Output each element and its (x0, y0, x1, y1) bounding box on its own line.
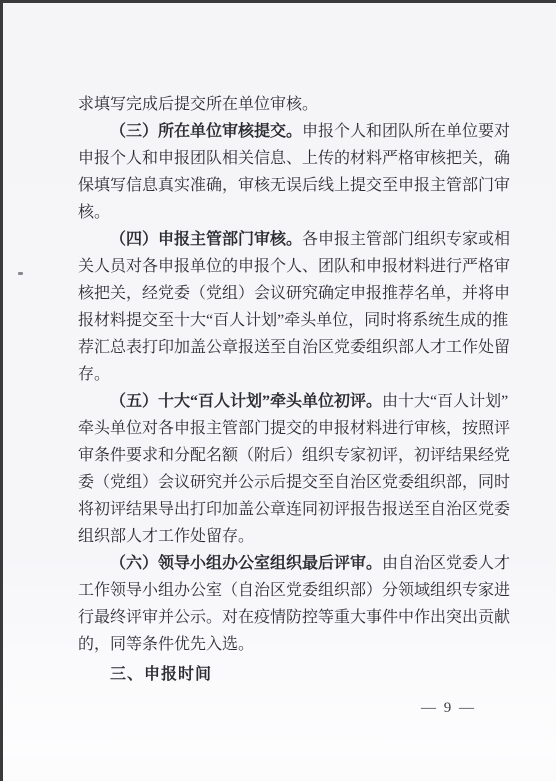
text-line: 行最终评审并公示。对在疫情防控等重大事件中作出突出贡献 (78, 604, 523, 631)
text-run: 求填写完成后提交所在单位审核。 (78, 96, 318, 113)
text-line: （三）所在单位审核提交。申报个人和团队所在单位要对 (78, 118, 523, 145)
text-line: 牵头单位对各申报主管部门提交的申报材料进行审核，按照评 (78, 415, 523, 442)
text-line: （六）领导小组办公室组织最后评审。由自治区党委人才 (78, 550, 523, 577)
text-run: 将初评结果导出打印加盖公章连同初评报告报送至自治区党委 (78, 501, 510, 518)
text-run: 关人员对各申报单位的申报个人、团队和申报材料进行严格审 (78, 258, 510, 275)
text-run: 由自治区党委人才 (382, 555, 510, 572)
bold-run: 三、申报时间 (110, 666, 212, 683)
text-run: 保填写信息真实准确，审核无误后线上提交至申报主管部门审 (78, 177, 510, 194)
text-run: 申报个人和申报团队相关信息、上传的材料严格审核把关，确 (78, 150, 510, 167)
text-line: 组织部人才工作处留存。 (78, 523, 523, 550)
text-run: 工作领导小组办公室（自治区党委组织部）分领域组织专家进 (78, 582, 510, 599)
text-line: 荐汇总表打印加盖公章报送至自治区党委组织部人才工作处留 (78, 334, 523, 361)
bold-run: （五）十大“百人计划”牵头单位初评。 (110, 393, 382, 410)
text-run: 的，同等条件优先入选。 (78, 636, 254, 653)
text-run: 牵头单位对各申报主管部门提交的申报材料进行审核，按照评 (78, 420, 510, 437)
text-run: 审条件要求和分配名额（附后）组织专家初评，初评结果经党 (78, 447, 510, 464)
text-run: 存。 (78, 366, 110, 383)
page-number: — 9 — (421, 699, 476, 717)
text-line: 审条件要求和分配名额（附后）组织专家初评，初评结果经党 (78, 442, 523, 469)
text-run: 委（党组）会议研究并公示后提交至自治区党委组织部，同时 (78, 474, 510, 491)
text-run: 由十大“百人计划” (382, 393, 508, 410)
text-run: 组织部人才工作处留存。 (78, 528, 254, 545)
text-line: 保填写信息真实准确，审核无误后线上提交至申报主管部门审 (78, 172, 523, 199)
bold-run: （三）所在单位审核提交。 (110, 123, 302, 140)
text-run: 申报个人和团队所在单位要对 (302, 123, 510, 140)
text-run: 核。 (78, 204, 110, 221)
text-line: （四）申报主管部门审核。各申报主管部门组织专家或相 (78, 226, 523, 253)
text-line: 报材料提交至十大“百人计划”牵头单位，同时将系统生成的推 (78, 307, 523, 334)
document-page: 求填写完成后提交所在单位审核。（三）所在单位审核提交。申报个人和团队所在单位要对… (0, 0, 556, 781)
text-line: 将初评结果导出打印加盖公章连同初评报告报送至自治区党委 (78, 496, 523, 523)
text-line: 核把关，经党委（党组）会议研究确定申报推荐名单，并将申 (78, 280, 523, 307)
bold-run: （六）领导小组办公室组织最后评审。 (110, 555, 382, 572)
document-body: 求填写完成后提交所在单位审核。（三）所在单位审核提交。申报个人和团队所在单位要对… (78, 91, 523, 688)
text-run: 荐汇总表打印加盖公章报送至自治区党委组织部人才工作处留 (78, 339, 510, 356)
text-line: 申报个人和申报团队相关信息、上传的材料严格审核把关，确 (78, 145, 523, 172)
text-line: （五）十大“百人计划”牵头单位初评。由十大“百人计划” (78, 388, 523, 415)
section-title-line: 三、申报时间 (78, 661, 523, 688)
text-run: 报材料提交至十大“百人计划”牵头单位，同时将系统生成的推 (78, 312, 508, 329)
scan-speck (18, 272, 23, 275)
text-line: 的，同等条件优先入选。 (78, 631, 523, 658)
text-line: 关人员对各申报单位的申报个人、团队和申报材料进行严格审 (78, 253, 523, 280)
text-run: 核把关，经党委（党组）会议研究确定申报推荐名单，并将申 (78, 285, 510, 302)
bold-run: （四）申报主管部门审核。 (110, 231, 302, 248)
text-run: 行最终评审并公示。对在疫情防控等重大事件中作出突出贡献 (78, 609, 510, 626)
text-line: 核。 (78, 199, 523, 226)
text-line: 存。 (78, 361, 523, 388)
text-line: 委（党组）会议研究并公示后提交至自治区党委组织部，同时 (78, 469, 523, 496)
text-line: 求填写完成后提交所在单位审核。 (78, 91, 523, 118)
text-run: 各申报主管部门组织专家或相 (302, 231, 510, 248)
text-line: 工作领导小组办公室（自治区党委组织部）分领域组织专家进 (78, 577, 523, 604)
